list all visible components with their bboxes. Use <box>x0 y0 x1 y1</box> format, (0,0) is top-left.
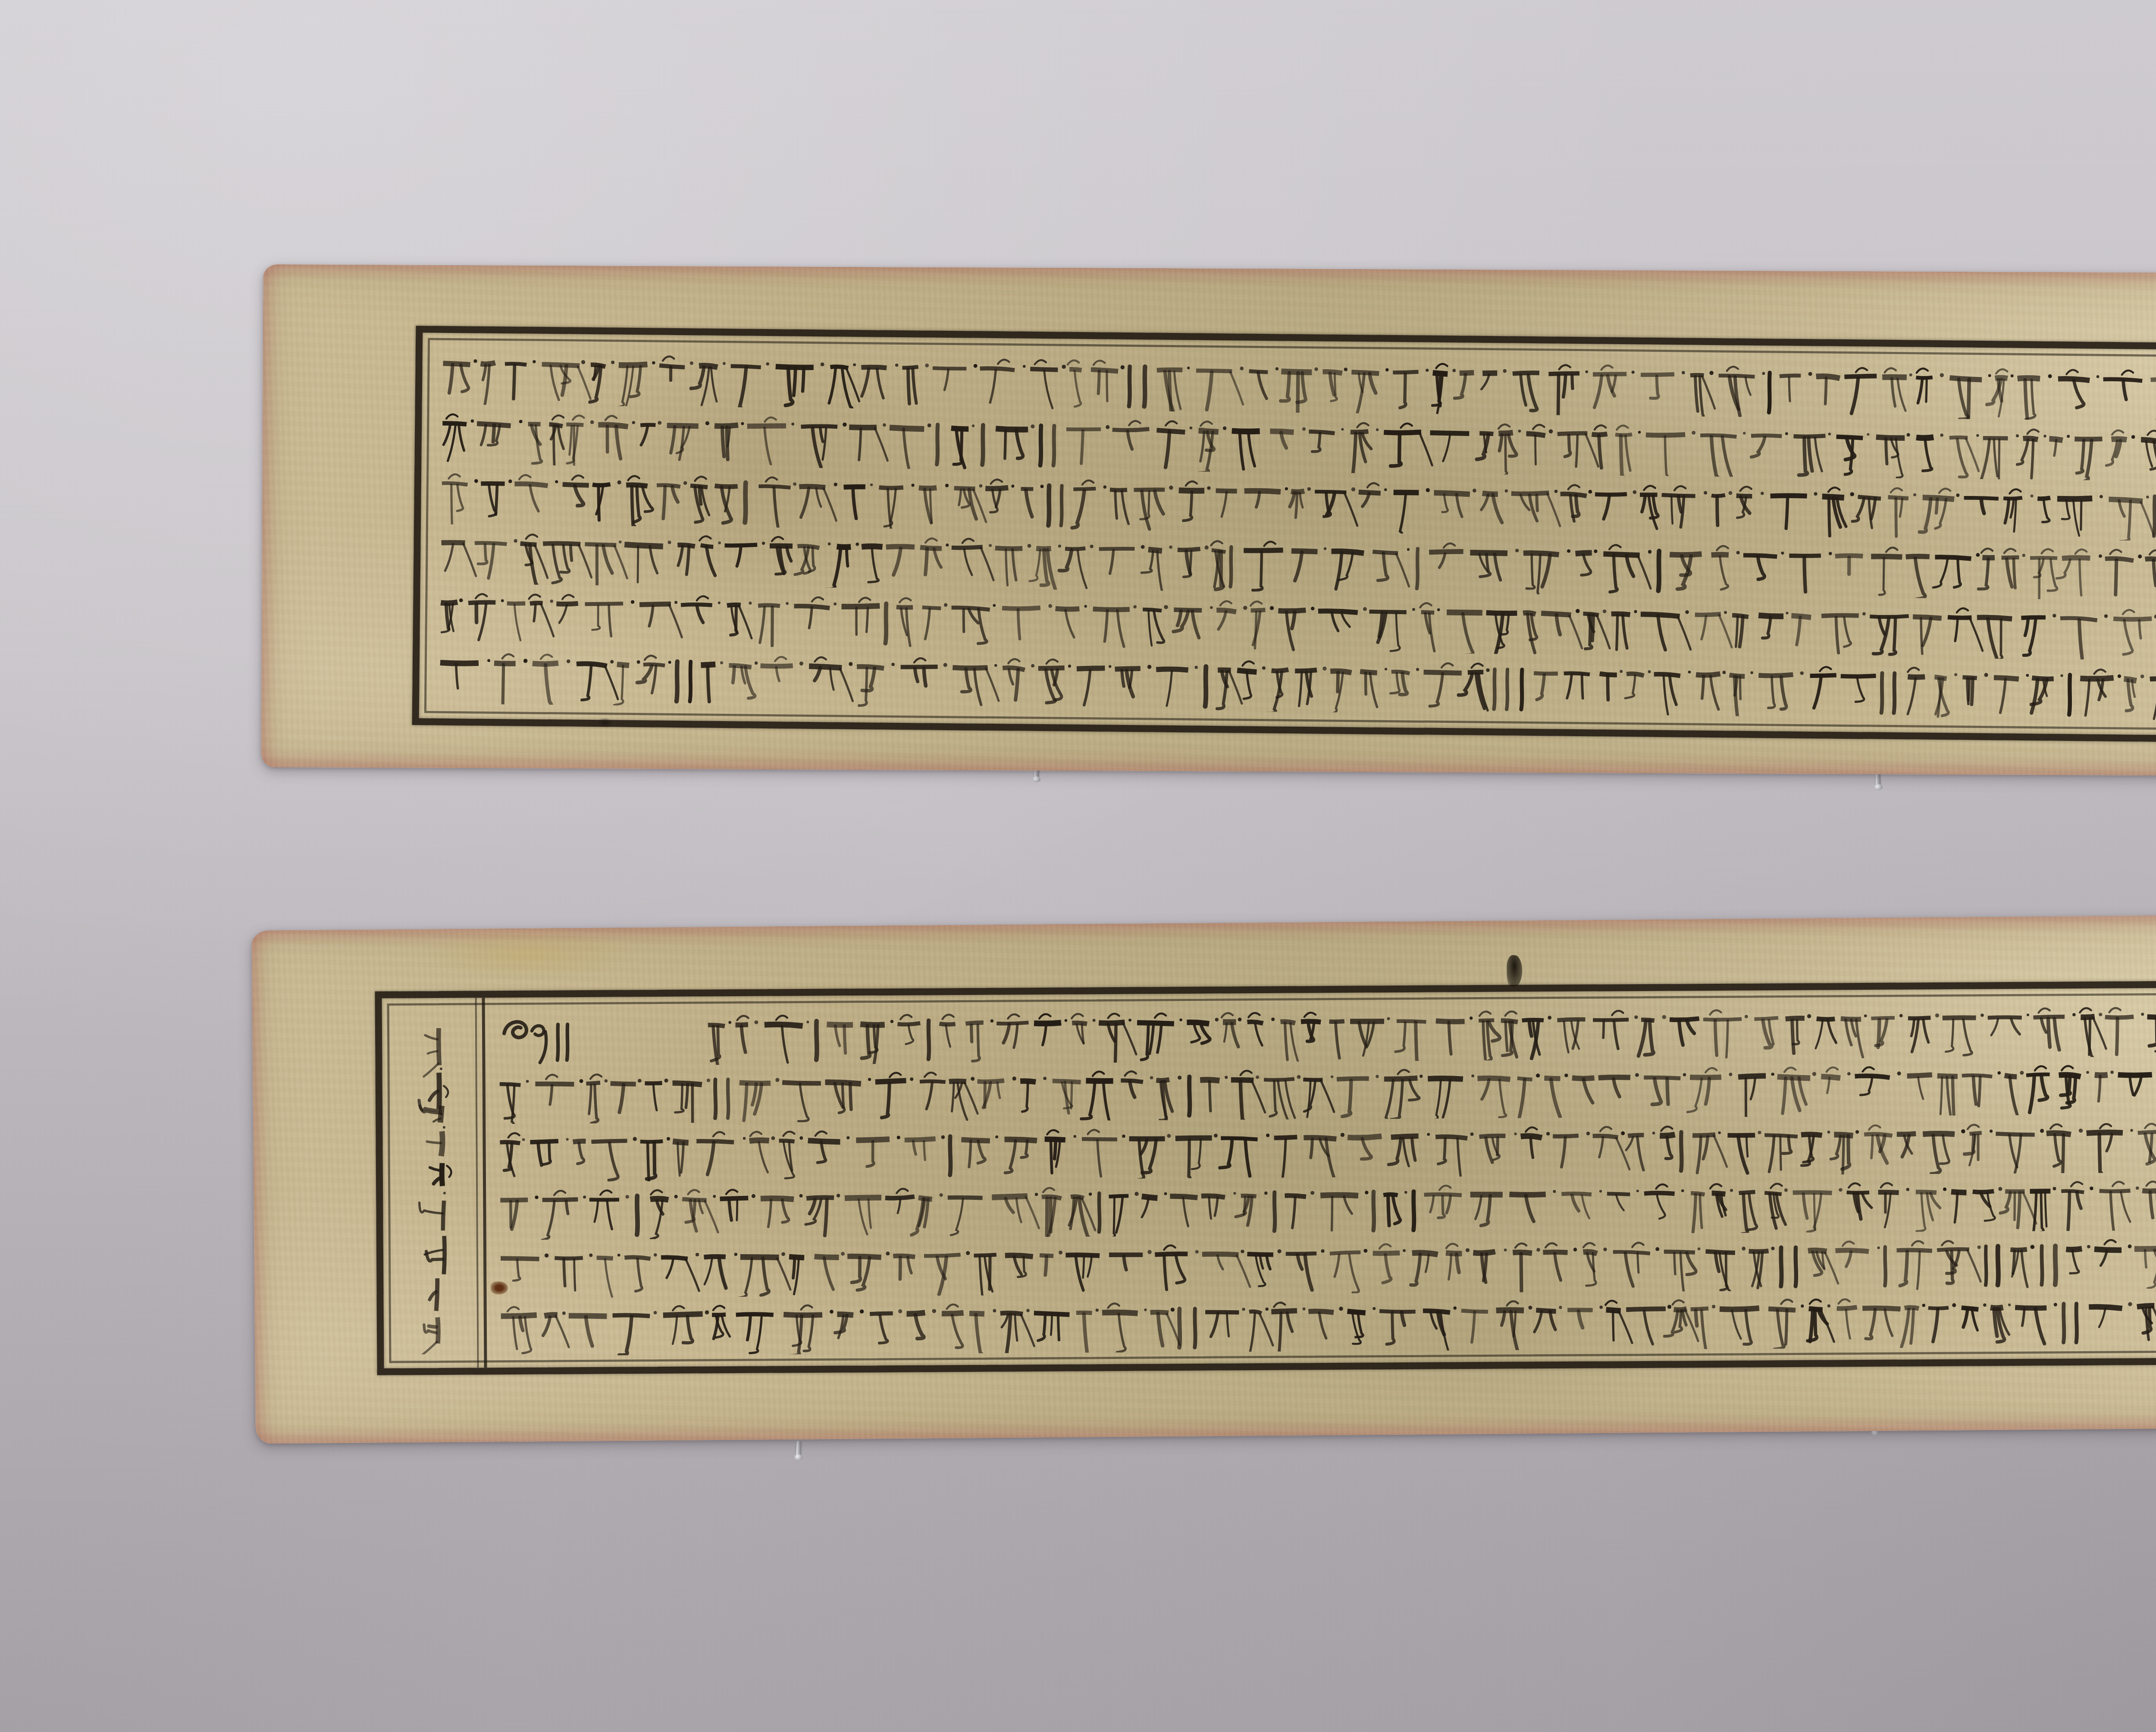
tibetan-text-line <box>499 1289 2156 1356</box>
tibetan-text-line <box>498 1115 2156 1182</box>
pecha-leaf-top <box>261 264 2156 777</box>
margin-vertical-text <box>382 998 484 1354</box>
margin-label-cluster <box>423 1028 448 1116</box>
tibetan-text-line <box>498 1057 2156 1124</box>
text-block <box>498 999 2156 1356</box>
metal-pin <box>796 1440 801 1458</box>
tibetan-text-line <box>499 1231 2156 1298</box>
photograph-canvas <box>0 0 2156 1732</box>
lighting-vignette <box>0 0 2156 1732</box>
paper-stain <box>415 928 640 981</box>
printed-text-frame <box>412 326 2156 743</box>
margin-label-cluster <box>422 1278 438 1355</box>
pecha-leaf-bottom <box>251 913 2156 1443</box>
margin-label-cluster <box>420 1201 445 1274</box>
tibetan-text-line <box>498 999 2156 1066</box>
text-block <box>438 346 2156 721</box>
tibetan-text-line <box>498 1173 2156 1240</box>
margin-label-cluster <box>419 1100 451 1195</box>
margin-label-column <box>382 998 487 1368</box>
ink-blob-on-frame <box>1507 955 1523 987</box>
printed-text-frame <box>375 981 2156 1375</box>
